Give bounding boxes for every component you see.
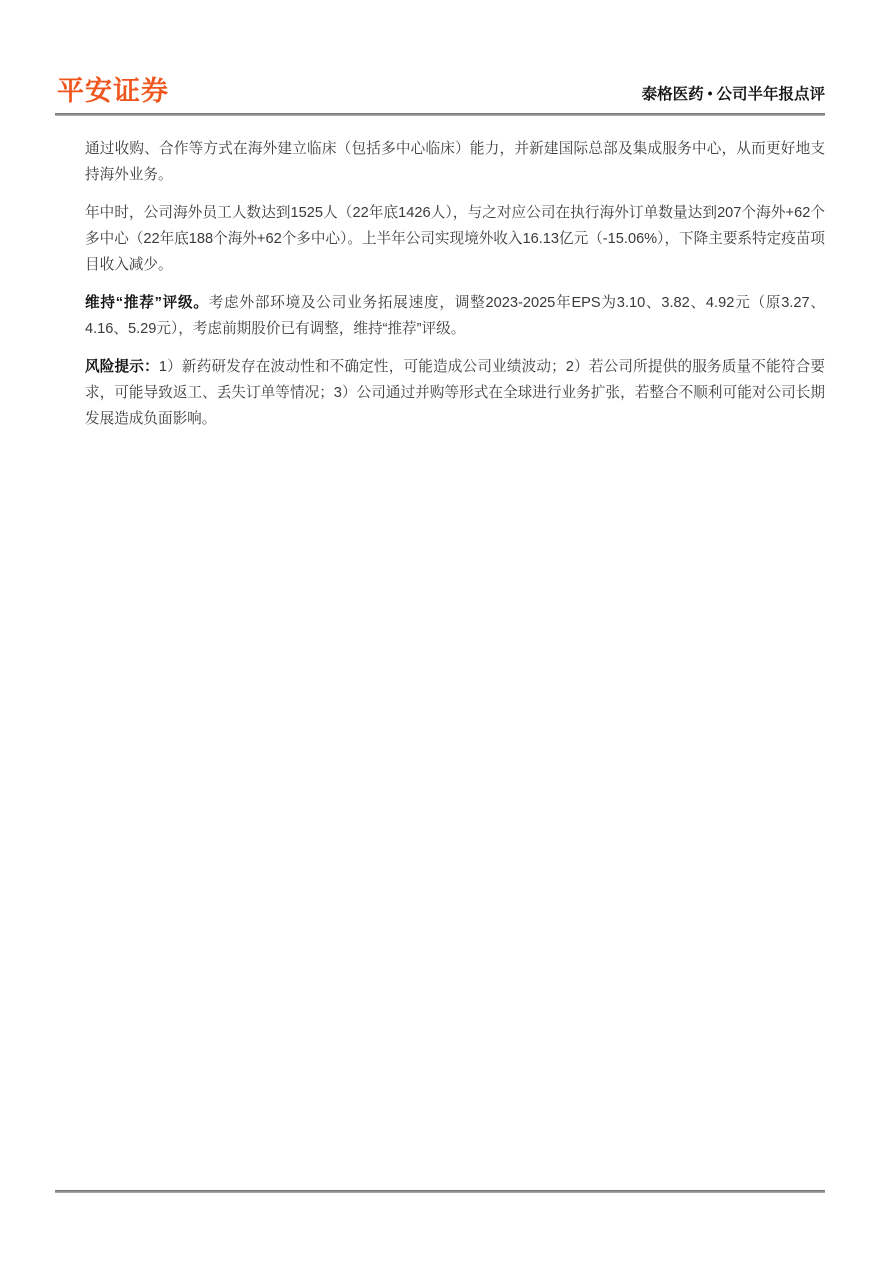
paragraph-risk-notice: 风险提示：1）新药研发存在波动性和不确定性，可能造成公司业绩波动；2）若公司所提…	[85, 354, 825, 432]
header-divider	[55, 113, 825, 116]
paragraph-text: 通过收购、合作等方式在海外建立临床（包括多中心临床）能力，并新建国际总部及集成服…	[85, 141, 825, 183]
paragraph-rating: 维持“推荐”评级。考虑外部环境及公司业务拓展速度，调整2023-2025年EPS…	[85, 290, 825, 342]
paragraph-text: 年中时，公司海外员工人数达到1525人（22年底1426人），与之对应公司在执行…	[85, 205, 825, 273]
report-body: 通过收购、合作等方式在海外建立临床（包括多中心临床）能力，并新建国际总部及集成服…	[85, 136, 825, 444]
rating-lead-bold: 维持“推荐”评级。	[85, 295, 209, 311]
report-title: 泰格医药•公司半年报点评	[642, 85, 825, 105]
paragraph-overseas-capability: 通过收购、合作等方式在海外建立临床（包括多中心临床）能力，并新建国际总部及集成服…	[85, 136, 825, 188]
bullet-separator-icon: •	[708, 85, 713, 102]
risk-lead-bold: 风险提示：	[85, 359, 159, 375]
report-title-company: 泰格医药	[642, 86, 704, 103]
pingan-securities-logo: 平安证券	[57, 78, 169, 105]
paragraph-text: 1）新药研发存在波动性和不确定性，可能造成公司业绩波动；2）若公司所提供的服务质…	[85, 359, 825, 427]
footer-divider	[55, 1190, 825, 1193]
page-header: 平安证券 泰格医药•公司半年报点评	[57, 78, 825, 105]
report-page: 平安证券 泰格医药•公司半年报点评 通过收购、合作等方式在海外建立临床（包括多中…	[0, 0, 893, 1261]
report-title-type: 公司半年报点评	[716, 86, 825, 103]
paragraph-overseas-metrics: 年中时，公司海外员工人数达到1525人（22年底1426人），与之对应公司在执行…	[85, 200, 825, 278]
